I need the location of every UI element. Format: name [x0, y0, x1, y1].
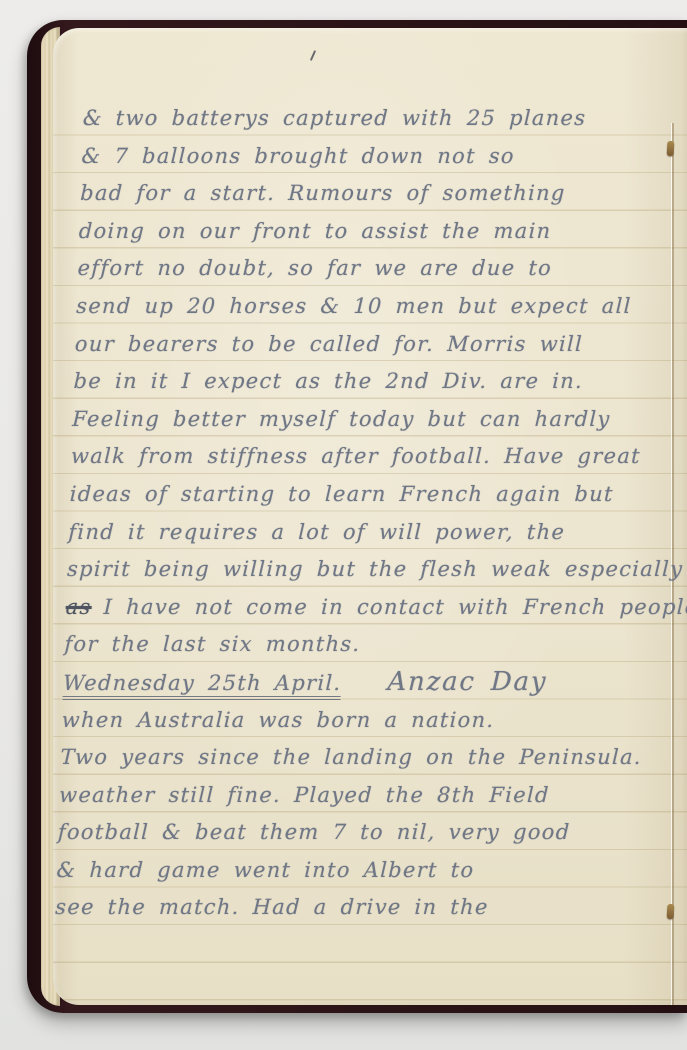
handwriting-line: effort no doubt, so far we are due to [77, 250, 678, 288]
binding-stitch [667, 904, 675, 919]
entry-title: Anzac Day [387, 667, 548, 697]
entry-date-heading: Wednesday 25th April.Anzac Day [62, 664, 663, 702]
handwriting-line: weather still fine. Played the 8th Field [58, 777, 659, 815]
diary-entry-text: & two batterys captured with 25 planes &… [55, 100, 684, 927]
diary-scan: & two batterys captured with 25 planes &… [0, 0, 687, 1050]
handwriting-line: & 7 balloons brought down not so [81, 138, 682, 176]
handwriting-line: asI have not come in contact with French… [65, 589, 666, 627]
handwriting-line: our bearers to be called for. Morris wil… [74, 326, 675, 364]
diary-page: & two batterys captured with 25 planes &… [53, 28, 687, 1005]
handwriting-line: ideas of starting to learn French again … [69, 476, 670, 514]
handwriting-line: Feeling better myself today but can hard… [72, 401, 673, 439]
handwriting-line: for the last six months. [64, 626, 665, 664]
handwriting-line: be in it I expect as the 2nd Div. are in… [73, 363, 674, 401]
handwriting-line: & hard game went into Albert to [56, 852, 657, 890]
struck-word: as [65, 595, 92, 619]
handwriting-line: & two batterys captured with 25 planes [82, 100, 683, 138]
handwriting-line: see the match. Had a drive in the [55, 889, 656, 927]
handwriting-line: walk from stiffness after football. Have… [70, 438, 671, 476]
handwriting-line: bad for a start. Rumours of something [80, 175, 681, 213]
handwriting-line: football & beat them 7 to nil, very good [57, 814, 658, 852]
pen-mark [310, 50, 316, 61]
handwriting-line: doing on our front to assist the main [78, 213, 679, 251]
handwriting-line: find it requires a lot of will power, th… [68, 514, 669, 552]
handwriting-line: spirit being willing but the flesh weak … [66, 551, 667, 589]
handwriting-line: send up 20 horses & 10 men but expect al… [76, 288, 677, 326]
handwriting-line: when Australia was born a nation. [61, 702, 662, 740]
entry-date: Wednesday 25th April. [62, 671, 341, 700]
handwriting-line: Two years since the landing on the Penin… [60, 739, 661, 777]
